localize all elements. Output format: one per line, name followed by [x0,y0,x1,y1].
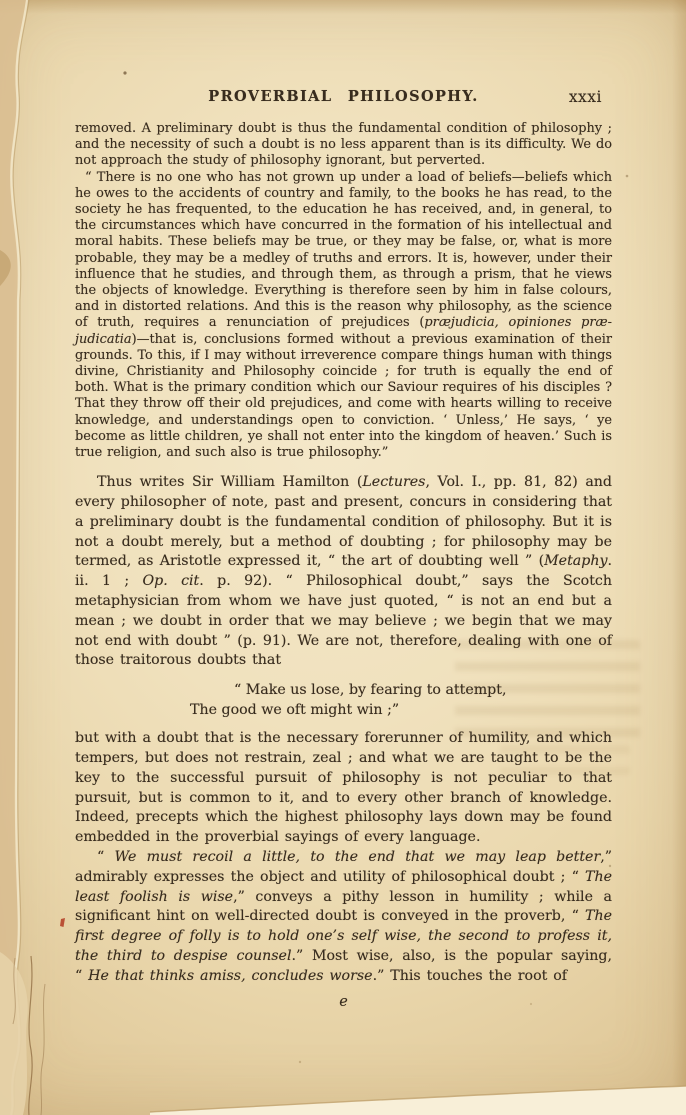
paragraph: “ We must recoil a little, to the end th… [75,848,612,987]
paragraph: Thus writes Sir William Hamilton (Lectur… [75,473,612,671]
italic-text: Lectures [362,474,425,490]
verse-line: The good we oft might win ;” [190,700,612,720]
verse-quote: “ Make us lose, by fearing to attempt,Th… [190,680,612,720]
paragraph: but with a doubt that is the necessary f… [75,729,612,848]
crease-line [41,984,45,1115]
body-text: but with a doubt that is the necessary f… [75,730,612,845]
body-text: “ There is no one who has not grown up u… [75,170,612,331]
italic-text: We must recoil a little, to the end that… [115,849,601,865]
page-content: PROVERBIAL PHILOSOPHY. xxxi removed. A p… [75,88,612,1010]
bottom-left-tear [0,952,28,1115]
body-text: Thus writes Sir William Hamilton ( [97,474,362,490]
torn-edge-shadow [13,0,29,1115]
scanned-book-page: PROVERBIAL PHILOSOPHY. xxxi removed. A p… [0,0,686,1115]
italic-text: Op. cit [142,573,199,589]
page-body: removed. A preliminary doubt is thus the… [75,121,612,987]
signature-mark: e [75,994,612,1010]
torn-edge-highlight [11,0,27,1115]
body-text: .” This touches the root of [373,968,567,984]
italic-text: He that thinks amiss, concludes worse [88,968,372,984]
page-title: PROVERBIAL PHILOSOPHY. [75,88,612,105]
italic-text: Metaphy [544,553,607,569]
paragraph: removed. A preliminary doubt is thus the… [75,121,612,170]
page-number: xxxi [569,88,602,106]
paragraph: “ There is no one who has not grown up u… [75,170,612,462]
edge-notch [0,250,11,286]
torn-left-edge [0,0,27,1115]
crease-line [13,958,15,1024]
body-text: )—that is, conclusions formed without a … [75,332,612,460]
body-text: removed. A preliminary doubt is thus the… [75,121,612,168]
body-text: “ [97,849,115,865]
next-page-strip [150,1086,686,1115]
red-margin-mark [60,918,65,927]
crease-line [29,956,32,1115]
page-bottom-edge [150,1086,686,1112]
verse-line: “ Make us lose, by fearing to attempt, [234,680,612,700]
running-head: PROVERBIAL PHILOSOPHY. xxxi [75,88,612,110]
